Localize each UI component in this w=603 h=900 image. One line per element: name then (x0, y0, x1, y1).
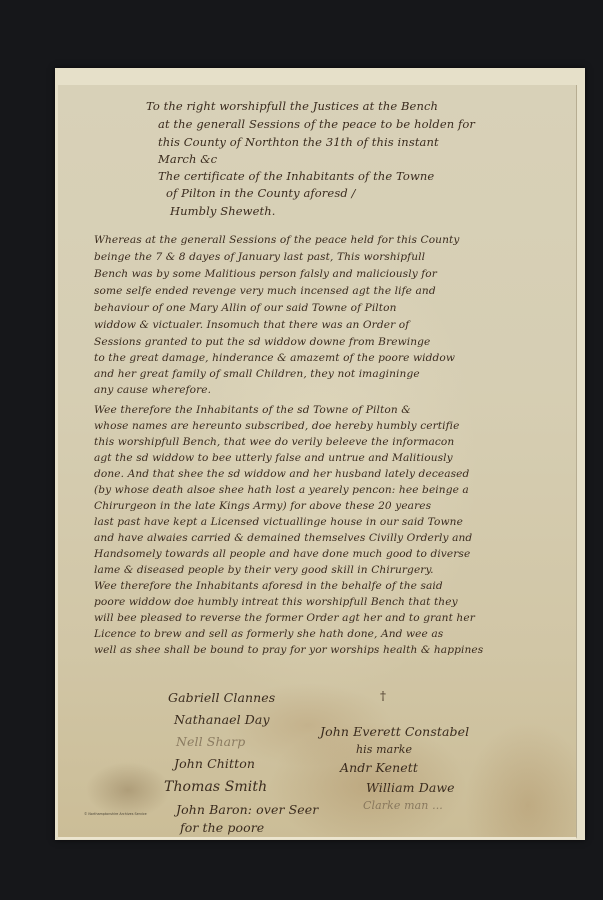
text-line: Handsomely towards all people and have d… (94, 546, 470, 562)
text-line: Licence to brew and sell as formerly she… (94, 626, 443, 642)
manuscript-page: To the right worshipfull the Justices at… (58, 85, 577, 839)
signature: Gabriell Clannes (168, 687, 275, 708)
text-line: done. And that shee the sd widdow and he… (94, 466, 469, 482)
copyright-notice: © Northamptonshire Archives Service (84, 812, 147, 816)
address-line: To the right worshipfull the Justices at… (146, 98, 438, 116)
text-line: Bench was by some Malitious person falsl… (94, 266, 437, 282)
text-line: last past have kept a Licensed victualli… (94, 514, 463, 530)
signature: Nathanael Day (174, 709, 270, 730)
text-line: Wee therefore the Inhabitants aforesd in… (94, 578, 443, 594)
text-line: and her great family of small Children, … (94, 366, 420, 382)
address-line: this County of Northton the 31th of this… (158, 134, 439, 152)
text-line: Sessions granted to put the sd widdow do… (94, 334, 430, 350)
text-line: Whereas at the generall Sessions of the … (94, 232, 459, 248)
text-line: behaviour of one Mary Allin of our said … (94, 300, 397, 316)
text-line: whose names are hereunto subscribed, doe… (94, 418, 459, 434)
address-line: at the generall Sessions of the peace to… (158, 116, 475, 134)
text-line: lame & diseased people by their very goo… (94, 562, 434, 578)
text-line: agt the sd widdow to bee utterly false a… (94, 450, 453, 466)
text-line: to the great damage, hinderance & amazem… (94, 350, 455, 366)
text-line: poore widdow doe humbly intreat this wor… (94, 594, 458, 610)
text-line: any cause wherefore. (94, 382, 211, 398)
text-line: some selfe ended revenge very much incen… (94, 283, 436, 299)
text-line: (by whose death alsoe shee hath lost a y… (94, 482, 469, 498)
text-line: beinge the 7 & 8 dayes of January last p… (94, 249, 425, 265)
text-line: Wee therefore the Inhabitants of the sd … (94, 402, 411, 418)
signature: for the poore (180, 817, 264, 838)
text-line: well as shee shall be bound to pray for … (94, 642, 483, 658)
text-line: and have alwaies carried & demained them… (94, 530, 472, 546)
text-line: Chirurgeon in the late Kings Army) for a… (94, 498, 431, 514)
address-line: of Pilton in the County aforesd / (166, 185, 356, 203)
humbly-sheweth: Humbly Sheweth. (170, 203, 275, 221)
text-line: widdow & victualer. Insomuch that there … (94, 317, 409, 333)
signature: John Chitton (174, 753, 255, 774)
address-line: March &c (158, 151, 217, 169)
address-line: The certificate of the Inhabitants of th… (158, 168, 434, 186)
signature: Nell Sharp (176, 731, 245, 752)
signature: Clarke man ... (363, 795, 443, 816)
signature: Andr Kenett (340, 757, 418, 778)
text-line: this worshipfull Bench, that wee do veri… (94, 434, 454, 450)
cross-mark-icon: † (380, 689, 386, 703)
viewer-stage: To the right worshipfull the Justices at… (0, 0, 603, 900)
text-line: will bee pleased to reverse the former O… (94, 610, 475, 626)
signature: Thomas Smith (164, 777, 267, 798)
